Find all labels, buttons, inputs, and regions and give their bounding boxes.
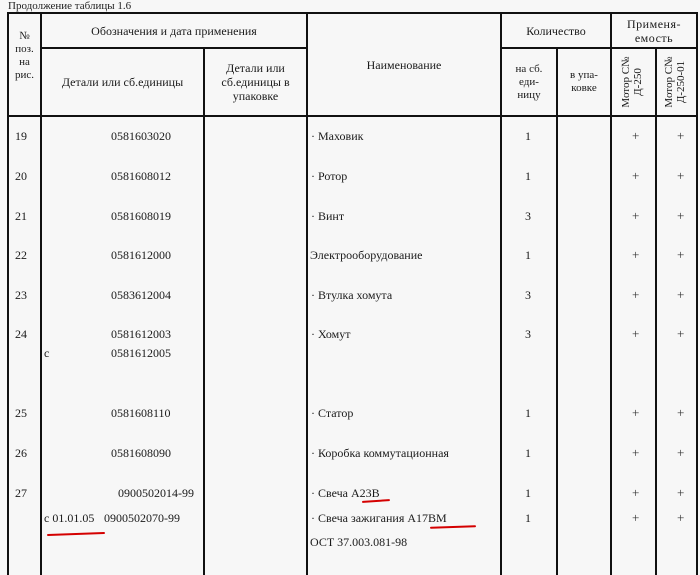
- header-line: Детали или: [226, 61, 285, 75]
- row-code: 0581603020: [111, 129, 171, 144]
- row-name: Электрооборудование: [310, 248, 422, 263]
- header-qty-unit: на сб. еди- ницу: [502, 49, 556, 115]
- row-name-prefix: · Свеча зажигания: [311, 511, 407, 525]
- row-name-standard: ОСТ 37.003.081-98: [310, 535, 407, 550]
- row-qty: 1: [525, 406, 531, 421]
- row-name: · Ротор: [311, 169, 347, 184]
- header-applicability-group: Применя- емость: [612, 14, 696, 47]
- header-bottom: [7, 115, 698, 117]
- header-line: еди-: [519, 76, 539, 89]
- row-qty: 1: [525, 248, 531, 263]
- header-line: в упа-: [570, 69, 598, 82]
- row-code: 0900502014-99: [118, 486, 194, 501]
- header-quantity-label: Количество: [526, 24, 585, 38]
- row-pos: 27: [15, 486, 27, 501]
- col-divider: [655, 48, 657, 575]
- table-border-right: [696, 12, 698, 575]
- col-divider: [610, 12, 612, 575]
- header-line: Мотор С№: [663, 52, 675, 112]
- header-quantity-group: Количество: [502, 14, 610, 47]
- row-motor1: +: [632, 208, 639, 224]
- row-name: · Свеча А23В: [311, 486, 380, 501]
- row-qty: 1: [525, 446, 531, 461]
- row-motor2: +: [677, 485, 684, 501]
- header-pos-line: рис.: [9, 69, 40, 82]
- row-code: 0581608090: [111, 446, 171, 461]
- row-motor1: +: [632, 485, 639, 501]
- row-name: · Винт: [311, 209, 344, 224]
- row-code: 0581612000: [111, 248, 171, 263]
- header-qty-pack: в упа- ковке: [558, 49, 610, 115]
- row-name-marked: А23В: [351, 486, 380, 500]
- row-motor1: +: [632, 510, 639, 526]
- row-qty: 3: [525, 327, 531, 342]
- row-qty: 1: [525, 169, 531, 184]
- row-code: 0581608110: [111, 406, 171, 421]
- header-pos: № поз. на рис.: [9, 30, 40, 82]
- row-name: · Коробка коммутационная: [311, 446, 449, 461]
- header-designation-group: Обозначения и дата применения: [42, 14, 306, 47]
- header-pos-line: поз.: [9, 43, 40, 56]
- row-qty: 1: [525, 486, 531, 501]
- header-pos-line: на: [9, 56, 40, 69]
- row-motor2: +: [677, 208, 684, 224]
- header-line: ницу: [517, 89, 540, 102]
- header-line: Применя-: [627, 17, 681, 31]
- row-motor2: +: [677, 445, 684, 461]
- col-divider: [203, 48, 205, 575]
- row-motor2: +: [677, 128, 684, 144]
- row-motor1: +: [632, 287, 639, 303]
- row-motor2: +: [677, 168, 684, 184]
- row-pos: 20: [15, 169, 27, 184]
- row-code: 0581608012: [111, 169, 171, 184]
- row-name-marked: А17ВМ: [407, 511, 446, 525]
- row-code: 0900502070-99: [104, 511, 180, 526]
- row-name: · Хомут: [311, 327, 351, 342]
- row-alt-code: 0581612005: [111, 346, 171, 361]
- header-designation-label: Обозначения и дата применения: [91, 24, 257, 38]
- row-qty: 3: [525, 288, 531, 303]
- row-pos: 25: [15, 406, 27, 421]
- header-line: Мотор С№: [620, 52, 632, 112]
- red-underline-annotation: [430, 525, 476, 529]
- row-qty: 1: [525, 129, 531, 144]
- row-code: 0583612004: [111, 288, 171, 303]
- header-name-label: Наименование: [367, 58, 442, 72]
- row-motor2: +: [677, 287, 684, 303]
- row-pos: 23: [15, 288, 27, 303]
- row-pos: 26: [15, 446, 27, 461]
- table-caption: Продолжение таблицы 1.6: [8, 0, 131, 12]
- row-motor2: +: [677, 405, 684, 421]
- row-motor1: +: [632, 326, 639, 342]
- header-name: Наименование: [308, 14, 500, 115]
- row-motor1: +: [632, 405, 639, 421]
- header-parts-pack: Детали или сб.единицы в упаковке: [205, 49, 306, 115]
- row-motor1: +: [632, 445, 639, 461]
- row-pos: 22: [15, 248, 27, 263]
- col-divider: [556, 48, 558, 575]
- row-motor1: +: [632, 168, 639, 184]
- header-line: Д-250: [632, 52, 644, 112]
- header-line: упаковке: [233, 89, 279, 103]
- row-motor2: +: [677, 247, 684, 263]
- row-name: · Втулка хомута: [311, 288, 392, 303]
- row-name: · Статор: [311, 406, 353, 421]
- row-motor1: +: [632, 247, 639, 263]
- header-parts-label: Детали или сб.единицы: [62, 75, 183, 89]
- row-pos: 24: [15, 327, 27, 342]
- row-qty: 3: [525, 209, 531, 224]
- header-line: ковке: [571, 82, 596, 95]
- row-motor1: +: [632, 128, 639, 144]
- row-motor2: +: [677, 510, 684, 526]
- row-alt-prefix: с: [44, 346, 49, 361]
- header-parts: Детали или сб.единицы: [42, 49, 203, 115]
- table-border-left: [7, 12, 9, 575]
- header-line: Д-250-01: [675, 52, 687, 112]
- row-pos: 21: [15, 209, 27, 224]
- row-motor2: +: [677, 326, 684, 342]
- row-name: · Маховик: [311, 129, 363, 144]
- row-name-prefix: · Свеча: [311, 486, 351, 500]
- red-underline-annotation: [47, 532, 105, 536]
- header-line: на сб.: [516, 63, 543, 76]
- row-code: 0581608019: [111, 209, 171, 224]
- header-line: сб.единицы в: [221, 75, 289, 89]
- row-qty: 1: [525, 511, 531, 526]
- header-line: емость: [635, 31, 673, 45]
- header-pos-line: №: [9, 30, 40, 43]
- row-pos: 19: [15, 129, 27, 144]
- row-name: · Свеча зажигания А17ВМ: [311, 511, 447, 526]
- row-date: с 01.01.05: [44, 511, 94, 526]
- row-code: 0581612003: [111, 327, 171, 342]
- parts-table: № поз. на рис. Обозначения и дата примен…: [7, 12, 698, 575]
- header-motor-2: Мотор С№ Д-250-01: [663, 52, 689, 112]
- header-motor-1: Мотор С№ Д-250: [620, 52, 646, 112]
